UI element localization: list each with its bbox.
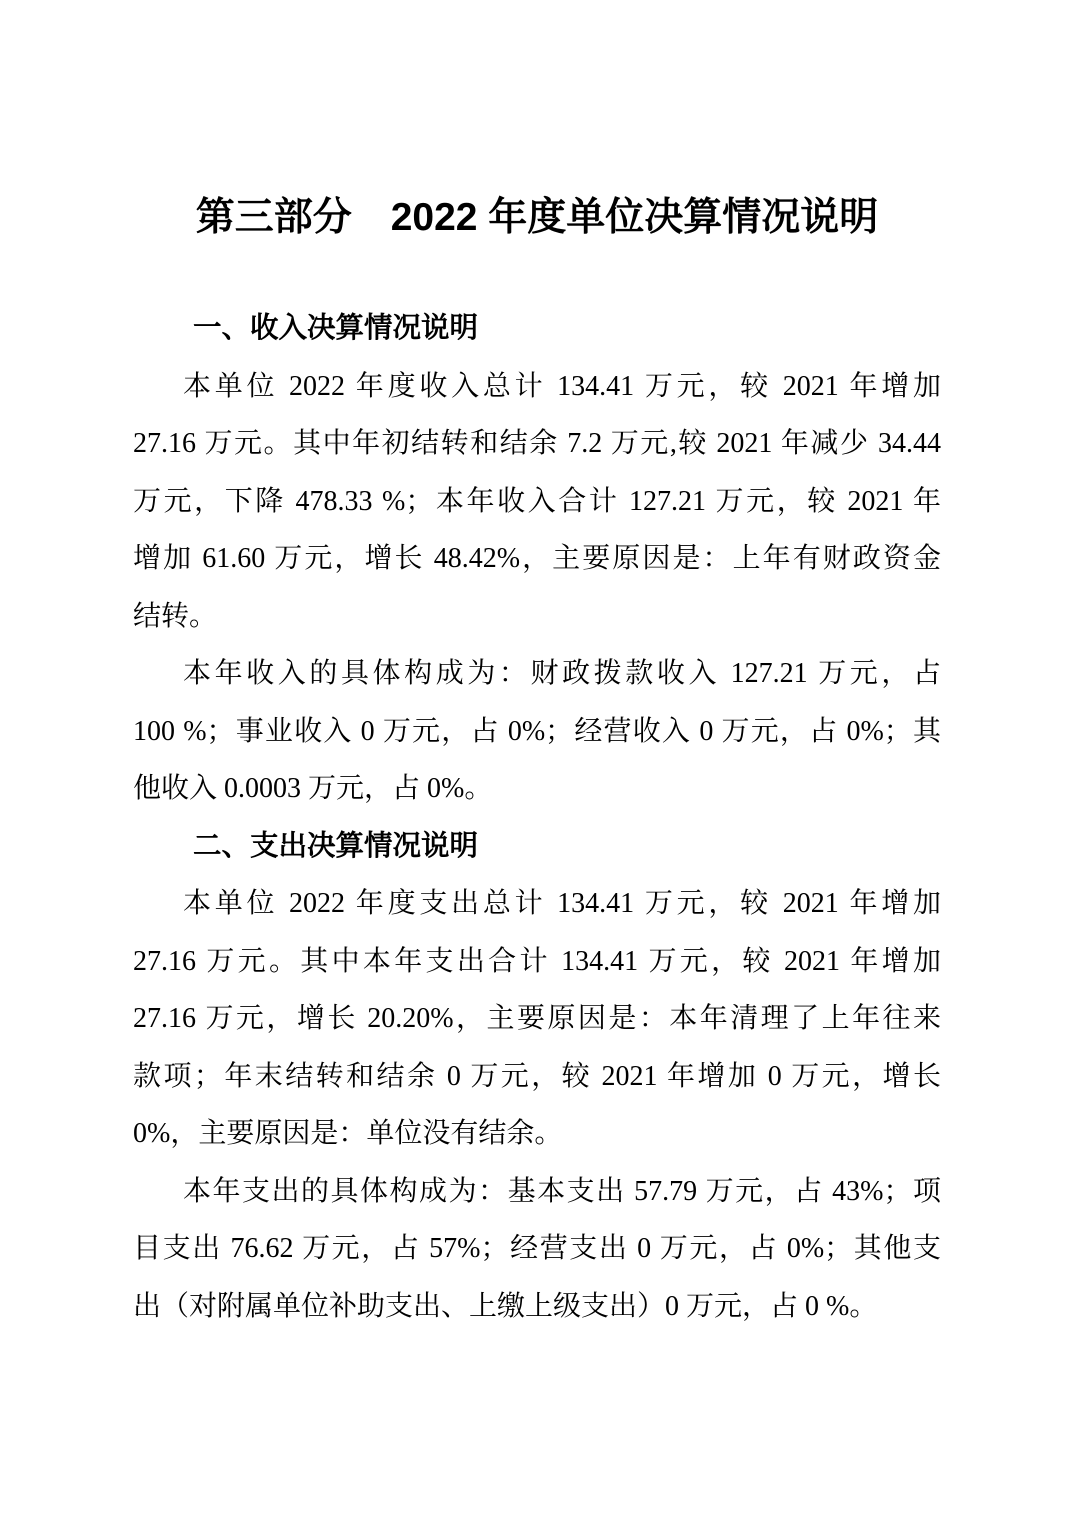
document-body: 一、收入决算情况说明 本单位 2022 年度收入总计 134.41 万元，较 2…: [133, 300, 941, 1335]
paragraph-line: 0%，主要原因是：单位没有结余。: [133, 1105, 941, 1163]
section-heading-income: 一、收入决算情况说明: [133, 300, 941, 358]
paragraph-line: 万元，下降 478.33 %；本年收入合计 127.21 万元，较 2021 年: [133, 473, 941, 531]
section-heading-expenditure: 二、支出决算情况说明: [133, 818, 941, 876]
paragraph-line: 27.16 万元，增长 20.20%，主要原因是：本年清理了上年往来: [133, 990, 941, 1048]
paragraph-line: 27.16 万元。其中本年支出合计 134.41 万元，较 2021 年增加: [133, 933, 941, 991]
paragraph-line: 100 %；事业收入 0 万元，占 0%；经营收入 0 万元，占 0%；其: [133, 703, 941, 761]
paragraph-line: 出（对附属单位补助支出、上缴上级支出）0 万元，占 0 %。: [133, 1278, 941, 1336]
paragraph-line: 本单位 2022 年度支出总计 134.41 万元，较 2021 年增加: [133, 875, 941, 933]
paragraph-line: 他收入 0.0003 万元，占 0%。: [133, 760, 941, 818]
paragraph-line: 结转。: [133, 588, 941, 646]
paragraph-line: 本单位 2022 年度收入总计 134.41 万元，较 2021 年增加: [133, 358, 941, 416]
document-page: 第三部分 2022 年度单位决算情况说明 一、收入决算情况说明 本单位 2022…: [0, 0, 1074, 1520]
document-title: 第三部分 2022 年度单位决算情况说明: [133, 0, 941, 243]
paragraph-line: 本年支出的具体构成为：基本支出 57.79 万元，占 43%；项: [133, 1163, 941, 1221]
paragraph-line: 款项；年末结转和结余 0 万元，较 2021 年增加 0 万元，增长: [133, 1048, 941, 1106]
paragraph-line: 本年收入的具体构成为：财政拨款收入 127.21 万元，占: [133, 645, 941, 703]
document-content: 第三部分 2022 年度单位决算情况说明 一、收入决算情况说明 本单位 2022…: [133, 0, 941, 1335]
paragraph-line: 目支出 76.62 万元，占 57%；经营支出 0 万元，占 0%；其他支: [133, 1220, 941, 1278]
paragraph-line: 27.16 万元。其中年初结转和结余 7.2 万元,较 2021 年减少 34.…: [133, 415, 941, 473]
paragraph-line: 增加 61.60 万元，增长 48.42%，主要原因是：上年有财政资金: [133, 530, 941, 588]
